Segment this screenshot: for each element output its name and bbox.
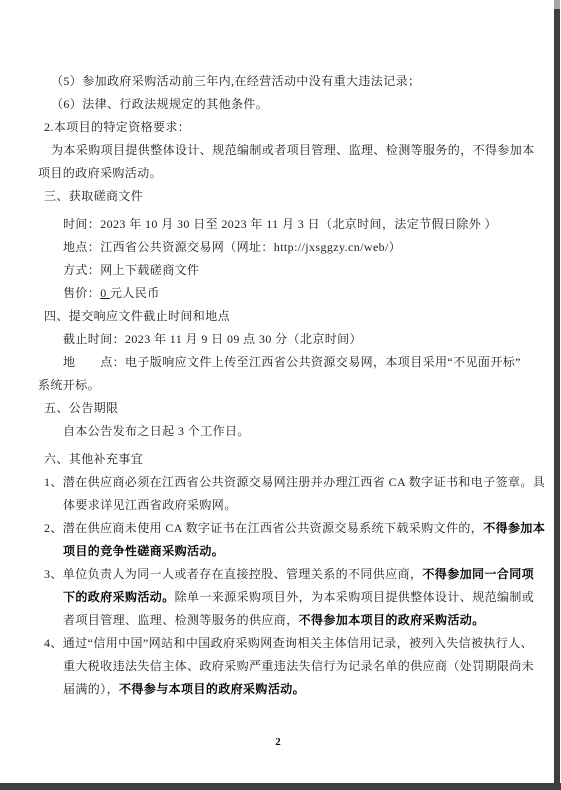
document-line: 项目的政府采购活动。: [0, 162, 547, 185]
emphasis-text: 项目的竞争性磋商采购活动。: [63, 544, 224, 558]
text-segment: 2、潜在供应商未使用 CA 数字证书在江西省公共资源交易系统下载采购文件的，: [44, 521, 483, 535]
document-line: 五、公告期限: [0, 397, 547, 420]
text-segment: 除单一来源采购项目外，为本采购项目提供整体设计、规范编制或: [175, 590, 535, 604]
document-body: （5）参加政府采购活动前三年内,在经营活动中没有重大违法记录；（6）法律、行政法…: [0, 70, 547, 701]
document-line: 截止时间：2023 年 11 月 9 日 09 点 30 分（北京时间）: [0, 328, 547, 351]
document-line: 售价：0 元人民币: [0, 282, 547, 305]
document-page: （5）参加政府采购活动前三年内,在经营活动中没有重大违法记录；（6）法律、行政法…: [0, 0, 561, 790]
document-line: 地点：江西省公共资源交易网（网址：http://jxsggzy.cn/web/）: [0, 236, 547, 259]
document-line: 者项目管理、监理、检测等服务的供应商，不得参加本项目的政府采购活动。: [0, 609, 547, 632]
page-number: 2: [0, 736, 556, 748]
text-segment: 五、公告期限: [44, 401, 118, 415]
text-segment: 届满的），: [63, 682, 119, 696]
document-line: 时间：2023 年 10 月 30 日至 2023 年 11 月 3 日（北京时…: [0, 213, 547, 236]
document-line: 2.本项目的特定资格要求：: [0, 116, 547, 139]
document-line: 自本公告发布之日起 3 个工作日。: [0, 420, 547, 443]
text-segment: 自本公告发布之日起 3 个工作日。: [63, 424, 250, 438]
document-line: 下的政府采购活动。除单一来源采购项目外，为本采购项目提供整体设计、规范编制或: [0, 586, 547, 609]
page-shadow-bottom: [0, 783, 561, 790]
text-segment: 重大税收违法失信主体、政府采购严重违法失信行为记录名单的供应商（处罚期限尚未: [63, 659, 534, 673]
text-segment: 方式：网上下载磋商文件: [63, 263, 199, 277]
text-segment: 项目的政府采购活动。: [38, 166, 162, 180]
emphasis-text: 不得参加本: [483, 521, 545, 535]
document-line: 为本采购项目提供整体设计、规范编制或者项目管理、监理、检测等服务的，不得参加本: [0, 139, 547, 162]
text-segment: （6）法律、行政法规规定的其他条件。: [51, 97, 268, 111]
text-segment: 售价：: [63, 286, 100, 300]
text-segment: 四、提交响应文件截止时间和地点: [44, 309, 230, 323]
document-line: 届满的），不得参与本项目的政府采购活动。: [0, 678, 547, 701]
text-segment: 4、通过“信用中国”网站和中国政府采购网查询相关主体信用记录，被列入失信被执行人…: [44, 636, 533, 650]
text-segment: 元人民币: [110, 286, 160, 300]
document-line: 3、单位负责人为同一人或者存在直接控股、管理关系的不同供应商，不得参加同一合同项: [0, 563, 547, 586]
text-segment: 截止时间：2023 年 11 月 9 日 09 点 30 分（北京时间）: [63, 332, 362, 346]
document-line: （5）参加政府采购活动前三年内,在经营活动中没有重大违法记录；: [0, 70, 547, 93]
text-segment: 为本采购项目提供整体设计、规范编制或者项目管理、监理、检测等服务的，不得参加本: [51, 143, 535, 157]
document-line: 体要求详见江西省政府采购网。: [0, 494, 547, 517]
text-segment: （5）参加政府采购活动前三年内,在经营活动中没有重大违法记录；: [51, 74, 420, 88]
page-shadow-right: [554, 0, 560, 790]
text-segment: 三、获取磋商文件: [44, 189, 143, 203]
document-line: 4、通过“信用中国”网站和中国政府采购网查询相关主体信用记录，被列入失信被执行人…: [0, 632, 547, 655]
text-segment: 时间：2023 年 10 月 30 日至 2023 年 11 月 3 日（北京时…: [63, 217, 497, 231]
text-segment: 3、单位负责人为同一人或者存在直接控股、管理关系的不同供应商，: [44, 567, 422, 581]
text-segment: 地 点：电子版响应文件上传至江西省公共资源交易网，本项目采用“不见面开标”: [63, 355, 521, 369]
text-segment: 者项目管理、监理、检测等服务的供应商，: [63, 613, 299, 627]
document-line: 重大税收违法失信主体、政府采购严重违法失信行为记录名单的供应商（处罚期限尚未: [0, 655, 547, 678]
text-segment: 系统开标。: [38, 378, 100, 392]
document-line: 四、提交响应文件截止时间和地点: [0, 305, 547, 328]
document-line: 地 点：电子版响应文件上传至江西省公共资源交易网，本项目采用“不见面开标”: [0, 351, 547, 374]
document-line: 三、获取磋商文件: [0, 185, 547, 208]
text-segment: 2.本项目的特定资格要求：: [44, 120, 190, 134]
document-line: 1、潜在供应商必须在江西省公共资源交易网注册并办理江西省 CA 数字证书和电子签…: [0, 471, 547, 494]
document-line: 项目的竞争性磋商采购活动。: [0, 540, 547, 563]
emphasis-text: 不得参与本项目的政府采购活动。: [119, 682, 305, 696]
text-segment: 地点：江西省公共资源交易网（网址：http://jxsggzy.cn/web/）: [63, 240, 401, 254]
emphasis-text: 下的政府采购活动。: [63, 590, 175, 604]
page-shadow-right-top: [554, 0, 560, 9]
document-line: 六、其他补充事宜: [0, 448, 547, 471]
text-segment: 1、潜在供应商必须在江西省公共资源交易网注册并办理江西省 CA 数字证书和电子签…: [44, 475, 545, 489]
document-line: （6）法律、行政法规规定的其他条件。: [0, 93, 547, 116]
document-line: 2、潜在供应商未使用 CA 数字证书在江西省公共资源交易系统下载采购文件的，不得…: [0, 517, 547, 540]
text-segment: 0: [100, 286, 110, 300]
text-segment: 体要求详见江西省政府采购网。: [63, 498, 237, 512]
emphasis-text: 不得参加本项目的政府采购活动。: [299, 613, 485, 627]
document-line: 系统开标。: [0, 374, 547, 397]
document-line: 方式：网上下载磋商文件: [0, 259, 547, 282]
emphasis-text: 不得参加同一合同项: [422, 567, 534, 581]
text-segment: 六、其他补充事宜: [44, 452, 143, 466]
